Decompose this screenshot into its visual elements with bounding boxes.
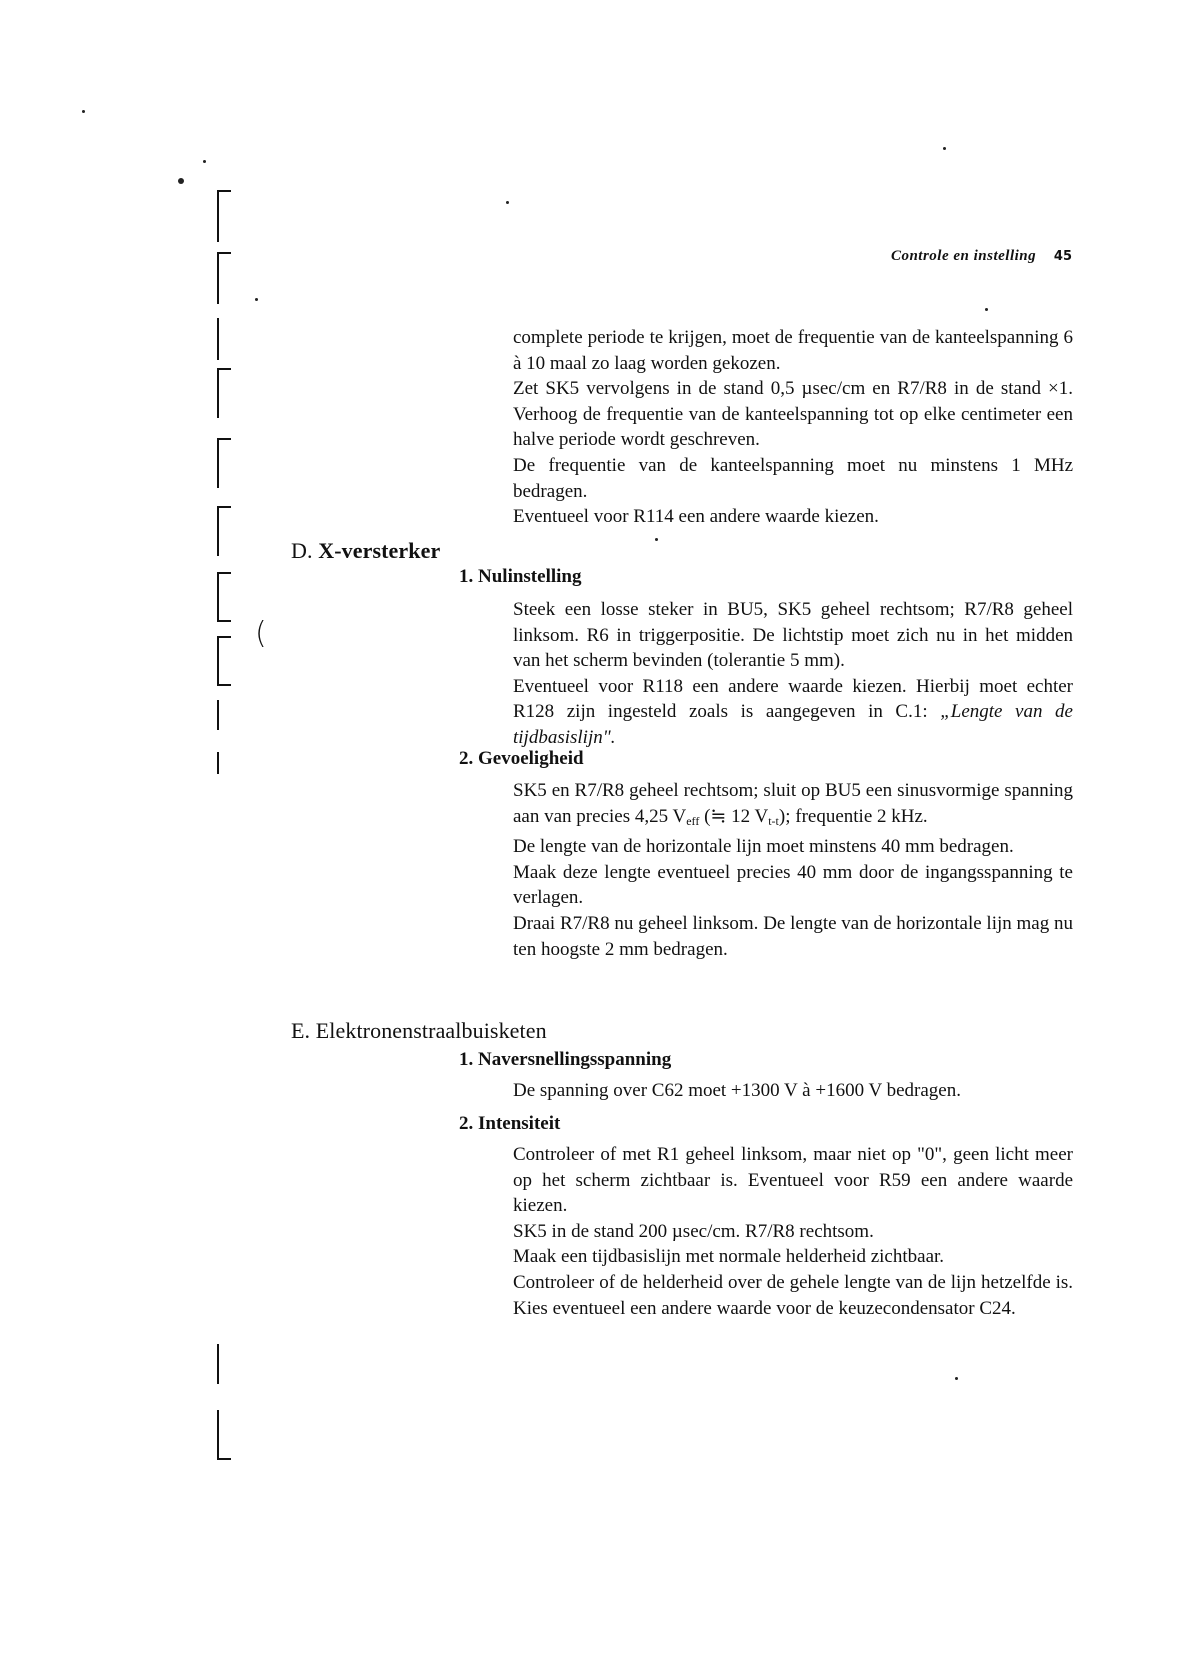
paragraph: De spanning over C62 moet +1300 V à +160… — [513, 1078, 1073, 1104]
paragraph: Controleer of met R1 geheel linksom, maa… — [513, 1142, 1073, 1219]
paren-mark: ( — [255, 616, 267, 651]
document-page: ( Controle en instelling 45 complete per… — [0, 0, 1190, 1676]
binding-mark — [217, 1344, 231, 1384]
gevoeligheid-text: SK5 en R7/R8 geheel rechtsom; sluit op B… — [513, 778, 1073, 962]
paragraph: Eventueel voor R114 een andere waarde ki… — [513, 504, 1073, 530]
subsection-title: Nulinstelling — [478, 566, 581, 587]
paragraph: De frequentie van de kanteelspanning moe… — [513, 453, 1073, 504]
paragraph: De lengte van de horizontale lijn moet m… — [513, 834, 1073, 860]
speck — [955, 1377, 958, 1380]
intensiteit-text: Controleer of met R1 geheel linksom, maa… — [513, 1142, 1073, 1321]
paragraph: SK5 en R7/R8 geheel rechtsom; sluit op B… — [513, 778, 1073, 834]
naversnellingsspanning-text: De spanning over C62 moet +1300 V à +160… — [513, 1078, 1073, 1104]
section-title: X-versterker — [318, 538, 440, 563]
binding-mark — [217, 368, 231, 418]
speck — [178, 178, 184, 184]
binding-mark — [217, 506, 231, 556]
binding-mark — [217, 438, 231, 488]
speck — [985, 308, 988, 311]
binding-mark — [217, 572, 231, 622]
binding-mark — [217, 636, 231, 686]
subsection-number: 1. — [459, 566, 473, 587]
running-head: Controle en instelling 45 — [790, 248, 1072, 265]
subsection-heading-gevoeligheid: 2. Gevoeligheid — [459, 748, 584, 770]
speck — [506, 201, 509, 204]
nulinstelling-text: Steek een losse steker in BU5, SK5 gehee… — [513, 597, 1073, 751]
section-title: Elektronenstraalbuisketen — [316, 1018, 547, 1043]
paragraph: Eventueel voor R118 een andere waarde ki… — [513, 674, 1073, 751]
subsection-title: Intensiteit — [478, 1113, 560, 1134]
paragraph: Draai R7/R8 nu geheel linksom. De lengte… — [513, 911, 1073, 962]
binding-mark — [217, 752, 231, 774]
binding-mark — [217, 700, 231, 730]
text-run: ); frequentie 2 kHz. — [779, 806, 928, 827]
subsection-number: 1. — [459, 1049, 473, 1070]
subsection-number: 2. — [459, 1113, 473, 1134]
subsection-number: 2. — [459, 748, 473, 769]
paragraph: Maak deze lengte eventueel precies 40 mm… — [513, 860, 1073, 911]
text-run: (≒ 12 V — [699, 806, 768, 827]
subscript: eff — [686, 814, 699, 828]
paragraph: Steek een losse steker in BU5, SK5 gehee… — [513, 597, 1073, 674]
binding-mark — [217, 1410, 231, 1460]
paragraph: Controleer of de helderheid over de gehe… — [513, 1270, 1073, 1321]
running-head-title: Controle en instelling — [891, 248, 1036, 264]
subsection-title: Gevoeligheid — [478, 748, 584, 769]
section-letter: D. — [291, 538, 313, 563]
binding-mark — [217, 318, 231, 360]
paragraph: Zet SK5 vervolgens in de stand 0,5 µsec/… — [513, 376, 1073, 453]
intro-text: complete periode te krijgen, moet de fre… — [513, 325, 1073, 530]
binding-mark — [217, 190, 231, 242]
subsection-title: Naversnellingsspanning — [478, 1049, 671, 1070]
speck — [82, 110, 85, 113]
subscript: t-t — [768, 814, 779, 828]
section-heading-d: D. X-versterker — [291, 538, 440, 564]
section-heading-e: E. Elektronenstraalbuisketen — [291, 1018, 547, 1044]
binding-mark — [217, 252, 231, 304]
speck — [255, 298, 258, 301]
speck — [203, 160, 206, 163]
subsection-heading-intensiteit: 2. Intensiteit — [459, 1113, 560, 1135]
subsection-heading-nulinstelling: 1. Nulinstelling — [459, 566, 581, 588]
paragraph: complete periode te krijgen, moet de fre… — [513, 325, 1073, 376]
subsection-heading-naversnellingsspanning: 1. Naversnellingsspanning — [459, 1049, 671, 1071]
page-number: 45 — [1054, 249, 1072, 264]
paragraph: Maak een tijdbasislijn met normale helde… — [513, 1244, 1073, 1270]
speck — [943, 147, 946, 150]
section-letter: E. — [291, 1018, 310, 1043]
speck — [655, 538, 658, 541]
paragraph: SK5 in de stand 200 µsec/cm. R7/R8 recht… — [513, 1219, 1073, 1245]
